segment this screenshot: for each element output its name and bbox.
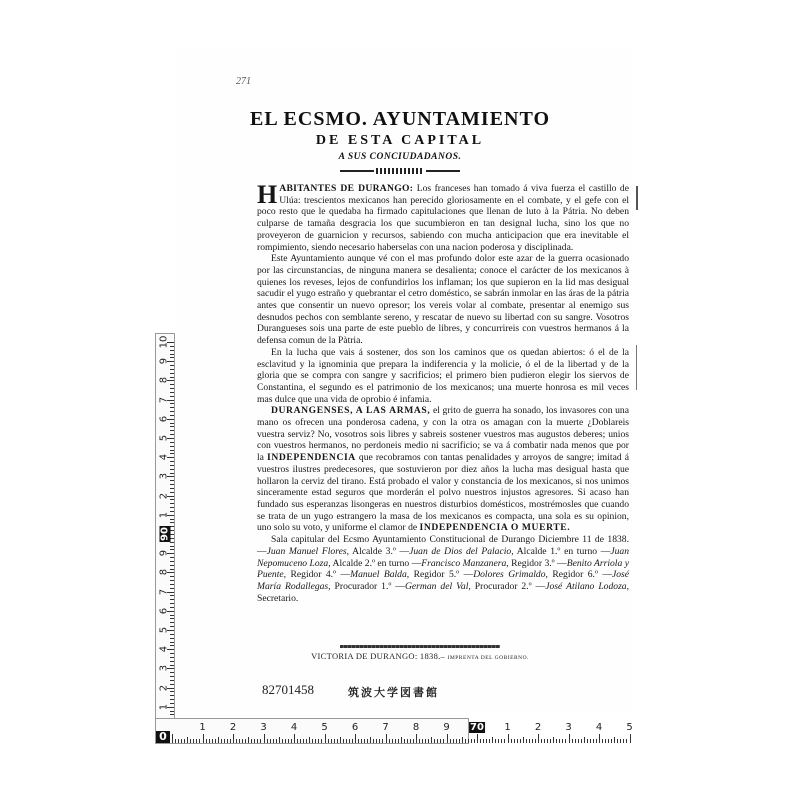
ruler-tick [382, 739, 383, 743]
ruler-tick [358, 739, 359, 743]
ruler-label: 3 [565, 722, 571, 733]
ruler-tick [170, 565, 174, 566]
ruler-tick [181, 739, 182, 743]
ruler-label: 8 [159, 373, 170, 387]
ruler-tick [209, 739, 210, 743]
ruler-tick [584, 737, 585, 743]
ruler-tick [300, 739, 301, 743]
vertical-scale-ruler: 1234567899012345678910 [155, 333, 175, 733]
ruler-tick [410, 739, 411, 743]
ruler-label: 1 [504, 722, 510, 733]
ruler-tick [562, 739, 563, 743]
ruler-tick [386, 734, 387, 743]
ruler-tick [279, 737, 280, 743]
ruler-label: 7 [382, 722, 388, 733]
ruler-tick [170, 626, 174, 627]
ornament-divider [340, 168, 460, 174]
ruler-label: 1 [199, 722, 205, 733]
ruler-tick [495, 739, 496, 743]
ruler-tick [456, 739, 457, 743]
ruler-label: 90 [160, 526, 171, 542]
ruler-tick [468, 739, 469, 743]
imprint-place-date: VICTORIA DE DURANGO: 1838.– [311, 651, 445, 661]
ruler-tick [242, 739, 243, 743]
ruler-tick [260, 739, 261, 743]
paragraph-4: DURANGENSES, A LAS ARMAS, el grito de gu… [257, 405, 629, 534]
ruler-tick [170, 507, 174, 508]
signature-separator: — [409, 558, 421, 569]
ruler-tick [170, 369, 174, 370]
ruler-tick [623, 739, 624, 743]
signature-separator: — [597, 546, 610, 557]
ruler-tick [520, 739, 521, 743]
ruler-tick [170, 642, 174, 643]
ruler-tick [170, 584, 174, 585]
ruler-tick [175, 739, 176, 743]
ruler-tick [170, 480, 174, 481]
page-number-annotation: 271 [236, 76, 251, 87]
signatory-name: Juan de Dios del Palacio [409, 546, 511, 557]
ruler-tick [398, 739, 399, 743]
ruler-tick [367, 739, 368, 743]
ruler-tick [193, 739, 194, 743]
ruler-tick [273, 739, 274, 743]
ruler-tick [215, 739, 216, 743]
ruler-tick [392, 739, 393, 743]
ruler-tick [224, 739, 225, 743]
ruler-label: 3 [159, 661, 170, 675]
ruler-tick [343, 739, 344, 743]
ruler-tick [575, 739, 576, 743]
ruler-tick [407, 739, 408, 743]
ruler-tick [170, 519, 174, 520]
ruler-tick [170, 657, 174, 658]
library-stamp: 筑波大学図書館 [348, 684, 439, 700]
ruler-label: 2 [159, 681, 170, 695]
signature-separator: — [257, 546, 267, 557]
ruler-tick [170, 680, 174, 681]
ruler-label: 8 [413, 722, 419, 733]
ruler-tick [413, 739, 414, 743]
signatory-name: José Atilano Lodoza [545, 581, 626, 592]
ruler-label: 7 [159, 585, 170, 599]
ruler-label: 9 [159, 354, 170, 368]
ruler-tick [288, 739, 289, 743]
ruler-tick [254, 739, 255, 743]
signatory-name: Dolores Grimaldo [473, 569, 545, 580]
ruler-label: 4 [159, 450, 170, 464]
ruler-tick [614, 737, 615, 743]
ruler-tick [170, 423, 174, 424]
ruler-tick [170, 373, 174, 374]
ruler-tick [170, 488, 174, 489]
ruler-tick [523, 737, 524, 743]
ruler-tick [170, 411, 174, 412]
ruler-tick [538, 734, 539, 743]
imprint: VICTORIA DE DURANGO: 1838.– IMPRENTA DEL… [280, 651, 560, 661]
ruler-label: 5 [159, 623, 170, 637]
ruler-tick [170, 711, 174, 712]
ruler-label: 3 [260, 722, 266, 733]
ruler-tick [337, 739, 338, 743]
ruler-tick [477, 734, 478, 743]
ruler-tick [486, 739, 487, 743]
ruler-tick [170, 576, 174, 577]
ruler-tick [233, 734, 234, 743]
ruler-tick [170, 492, 174, 493]
ruler-tick [170, 357, 174, 358]
ruler-tick [187, 737, 188, 743]
ruler-tick [474, 739, 475, 743]
imprint-printer: IMPRENTA DEL GOBIERNO. [448, 655, 529, 661]
ornament-center [376, 168, 424, 174]
ruler-tick [404, 739, 405, 743]
ruler-tick [196, 739, 197, 743]
ruler-tick [170, 561, 174, 562]
ruler-tick [581, 739, 582, 743]
proclamation-body: HABITANTES DE DURANGO: Los franceses han… [257, 183, 629, 604]
ruler-tick [593, 739, 594, 743]
ruler-tick [239, 739, 240, 743]
ruler-tick [170, 699, 174, 700]
ruler-tick [230, 739, 231, 743]
ruler-tick [501, 739, 502, 743]
ruler-tick [578, 739, 579, 743]
signature-separator: — [532, 581, 546, 592]
ruler-tick [170, 691, 174, 692]
ruler-tick [199, 739, 200, 743]
horizontal-scale-ruler: 1234567897012345 [155, 718, 469, 744]
signatory-role: , Alcalde 3.º [347, 546, 396, 557]
paragraph-1: HABITANTES DE DURANGO: Los franceses han… [257, 183, 629, 253]
ruler-tick [379, 739, 380, 743]
ruler-tick [370, 737, 371, 743]
signature-separator: — [396, 546, 409, 557]
ruler-label: 5 [159, 431, 170, 445]
ruler-tick [303, 739, 304, 743]
ruler-tick [170, 703, 174, 704]
ruler-label: 7 [159, 393, 170, 407]
ruler-tick [203, 734, 204, 743]
ruler-tick [276, 739, 277, 743]
ruler-tick [285, 739, 286, 743]
ruler-tick [352, 739, 353, 743]
ruler-tick [170, 615, 174, 616]
signatory-name: Manuel Balda [350, 569, 407, 580]
ruler-tick [227, 739, 228, 743]
ruler-tick [361, 739, 362, 743]
ruler-tick [170, 388, 174, 389]
ruler-tick [489, 739, 490, 743]
ruler-tick [605, 739, 606, 743]
independencia-emphasis: INDEPENDENCIA [267, 452, 356, 463]
ruler-tick [559, 739, 560, 743]
ruler-tick [504, 739, 505, 743]
ruler-tick [428, 739, 429, 743]
ruler-tick [170, 672, 174, 673]
ruler-tick [471, 739, 472, 743]
ruler-tick [547, 739, 548, 743]
ruler-tick [170, 426, 174, 427]
ruler-tick [170, 434, 174, 435]
ruler-tick [282, 739, 283, 743]
ruler-tick [419, 739, 420, 743]
ruler-tick [251, 739, 252, 743]
ruler-tick [325, 734, 326, 743]
ruler-tick [170, 676, 174, 677]
ruler-tick [608, 739, 609, 743]
ruler-tick [170, 377, 174, 378]
ruler-label: 2 [230, 722, 236, 733]
ruler-tick [443, 739, 444, 743]
ruler-tick [170, 607, 174, 608]
ruler-tick [170, 446, 174, 447]
ruler-tick [565, 739, 566, 743]
ruler-label: 5 [321, 722, 327, 733]
signatory-role: , Procurador 2.º [468, 581, 531, 592]
ruler-origin: 0 [156, 731, 170, 743]
signatory-role: , Alcalde 1.º en turno [511, 546, 597, 557]
ruler-tick [364, 739, 365, 743]
ruler-tick [440, 739, 441, 743]
ruler-tick [312, 739, 313, 743]
signature-separator: — [391, 581, 405, 592]
ruler-tick [170, 653, 174, 654]
signature-separator: — [598, 569, 612, 580]
ruler-tick [346, 739, 347, 743]
ruler-tick [170, 603, 174, 604]
ruler-tick [170, 415, 174, 416]
ruler-tick [170, 580, 174, 581]
ruler-tick [620, 739, 621, 743]
ruler-label: 4 [291, 722, 297, 733]
paragraph-2: Este Ayuntamiento aunque vé con el mas p… [257, 253, 629, 347]
ruler-tick [556, 739, 557, 743]
ruler-tick [602, 739, 603, 743]
ruler-tick [170, 595, 174, 596]
signature-separator: — [459, 569, 473, 580]
ruler-label: 1 [159, 700, 170, 714]
ruler-tick [425, 739, 426, 743]
ruler-tick [611, 739, 612, 743]
margin-mark [636, 186, 638, 210]
paragraph-3: En la lucha que vais á sostener, dos son… [257, 347, 629, 406]
ruler-tick [389, 739, 390, 743]
ruler-tick [218, 737, 219, 743]
ruler-tick [170, 396, 174, 397]
ruler-tick [572, 739, 573, 743]
ruler-tick [170, 430, 174, 431]
ruler-tick [349, 739, 350, 743]
call-to-arms: DURANGENSES, A LAS ARMAS, [271, 405, 430, 416]
ruler-tick [626, 739, 627, 743]
ruler-tick [264, 734, 265, 743]
ruler-tick [170, 588, 174, 589]
ruler-tick [315, 739, 316, 743]
signatory-name: German del Val [405, 581, 468, 592]
signatures-intro: Sala capitular del Ecsmo Ayuntamiento Co… [271, 534, 629, 545]
ruler-tick [172, 734, 173, 743]
ruler-label: 70 [469, 722, 485, 733]
ruler-tick [170, 484, 174, 485]
ruler-tick [434, 739, 435, 743]
ruler-label: 9 [159, 546, 170, 560]
paragraph-lead: ABITANTES DE DURANGO: [279, 183, 413, 194]
signature-separator: — [336, 569, 350, 580]
ruler-tick [453, 739, 454, 743]
ruler-tick [459, 739, 460, 743]
signature-separator: — [555, 558, 567, 569]
ruler-tick [212, 739, 213, 743]
ruler-tick [170, 618, 174, 619]
ruler-tick [328, 739, 329, 743]
ruler-tick [291, 739, 292, 743]
ruler-tick [401, 737, 402, 743]
signatory-role: , Regidor 4.º [284, 569, 336, 580]
ruler-tick [309, 737, 310, 743]
ruler-tick [376, 739, 377, 743]
ruler-tick [306, 739, 307, 743]
ruler-tick [294, 734, 295, 743]
ruler-tick [170, 599, 174, 600]
ruler-tick [422, 739, 423, 743]
ruler-tick [170, 665, 174, 666]
ruler-tick [170, 522, 174, 523]
ornament-line-right [426, 170, 460, 172]
ruler-label: 4 [596, 722, 602, 733]
ruler-tick [221, 739, 222, 743]
ruler-tick [170, 384, 174, 385]
ruler-tick [170, 695, 174, 696]
ruler-tick [170, 542, 174, 543]
ruler-tick [526, 739, 527, 743]
ruler-tick [553, 737, 554, 743]
ruler-tick [450, 739, 451, 743]
document-address: A SUS CONCIUDADANOS. [200, 152, 600, 162]
ruler-tick [170, 538, 174, 539]
ruler-label: 9 [443, 722, 449, 733]
ruler-tick [248, 737, 249, 743]
ruler-tick [355, 734, 356, 743]
ruler-tick [587, 739, 588, 743]
signatory-name: Francisco Manzanera [421, 558, 506, 569]
signatory-role: , Procurador 1.º [328, 581, 391, 592]
signatory-role: , Alcalde 2.º en turno [328, 558, 409, 569]
ruler-tick [569, 734, 570, 743]
document-subtitle: DE ESTA CAPITAL [200, 133, 600, 149]
ruler-tick [492, 737, 493, 743]
ruler-tick [170, 461, 174, 462]
ruler-tick [550, 739, 551, 743]
catalog-number: 82701458 [262, 682, 314, 698]
ruler-tick [508, 734, 509, 743]
ruler-tick [170, 530, 174, 531]
ruler-tick [170, 365, 174, 366]
ruler-label: 6 [159, 412, 170, 426]
ruler-tick [321, 739, 322, 743]
ruler-tick [170, 442, 174, 443]
ruler-tick [331, 739, 332, 743]
signatures-block: Sala capitular del Ecsmo Ayuntamiento Co… [257, 534, 629, 604]
signatory-role: , Regidor 3.º [506, 558, 554, 569]
signatory-role: , Regidor 5.º [407, 569, 459, 580]
ruler-tick [170, 569, 174, 570]
ruler-tick [462, 737, 463, 743]
ruler-tick [170, 465, 174, 466]
ruler-label: 3 [159, 469, 170, 483]
ruler-tick [480, 739, 481, 743]
ruler-label: 8 [159, 565, 170, 579]
signatory-role: , Regidor 6.º [546, 569, 598, 580]
ruler-tick [544, 739, 545, 743]
ruler-tick [170, 453, 174, 454]
ruler-tick [532, 739, 533, 743]
ruler-tick [170, 549, 174, 550]
ruler-tick [617, 739, 618, 743]
drop-cap: H [257, 184, 277, 206]
ruler-tick [529, 739, 530, 743]
ruler-label: 1 [159, 508, 170, 522]
ruler-tick [170, 499, 174, 500]
ruler-tick [447, 734, 448, 743]
ruler-tick [170, 684, 174, 685]
ruler-tick [340, 737, 341, 743]
ruler-label: 6 [159, 604, 170, 618]
ruler-tick [599, 734, 600, 743]
ruler-tick [270, 739, 271, 743]
ruler-tick [431, 737, 432, 743]
ruler-label: 10 [159, 335, 170, 349]
ruler-tick [178, 739, 179, 743]
closing-rule [340, 645, 500, 648]
ruler-label: 2 [535, 722, 541, 733]
ruler-label: 4 [159, 642, 170, 656]
ruler-tick [170, 354, 174, 355]
ruler-tick [170, 634, 174, 635]
ruler-tick [483, 739, 484, 743]
ruler-tick [170, 403, 174, 404]
margin-mark [636, 345, 637, 390]
ruler-tick [170, 557, 174, 558]
ruler-tick [596, 739, 597, 743]
ruler-tick [190, 739, 191, 743]
ruler-tick [541, 739, 542, 743]
ruler-label: 6 [352, 722, 358, 733]
ruler-tick [170, 526, 174, 527]
ruler-tick [170, 645, 174, 646]
ruler-tick [170, 511, 174, 512]
ruler-tick [630, 734, 631, 743]
ruler-tick [170, 350, 174, 351]
ruler-tick [245, 739, 246, 743]
ruler-tick [170, 346, 174, 347]
ruler-tick [170, 407, 174, 408]
ruler-tick [535, 739, 536, 743]
ruler-tick [170, 622, 174, 623]
ruler-tick [170, 638, 174, 639]
ruler-tick [257, 739, 258, 743]
ruler-tick [297, 739, 298, 743]
ruler-label: 5 [626, 722, 632, 733]
ruler-tick [437, 739, 438, 743]
ruler-tick [170, 392, 174, 393]
ruler-tick [517, 739, 518, 743]
ruler-tick [334, 739, 335, 743]
ruler-tick [318, 739, 319, 743]
ruler-tick [590, 739, 591, 743]
ruler-tick [416, 734, 417, 743]
ruler-tick [170, 503, 174, 504]
